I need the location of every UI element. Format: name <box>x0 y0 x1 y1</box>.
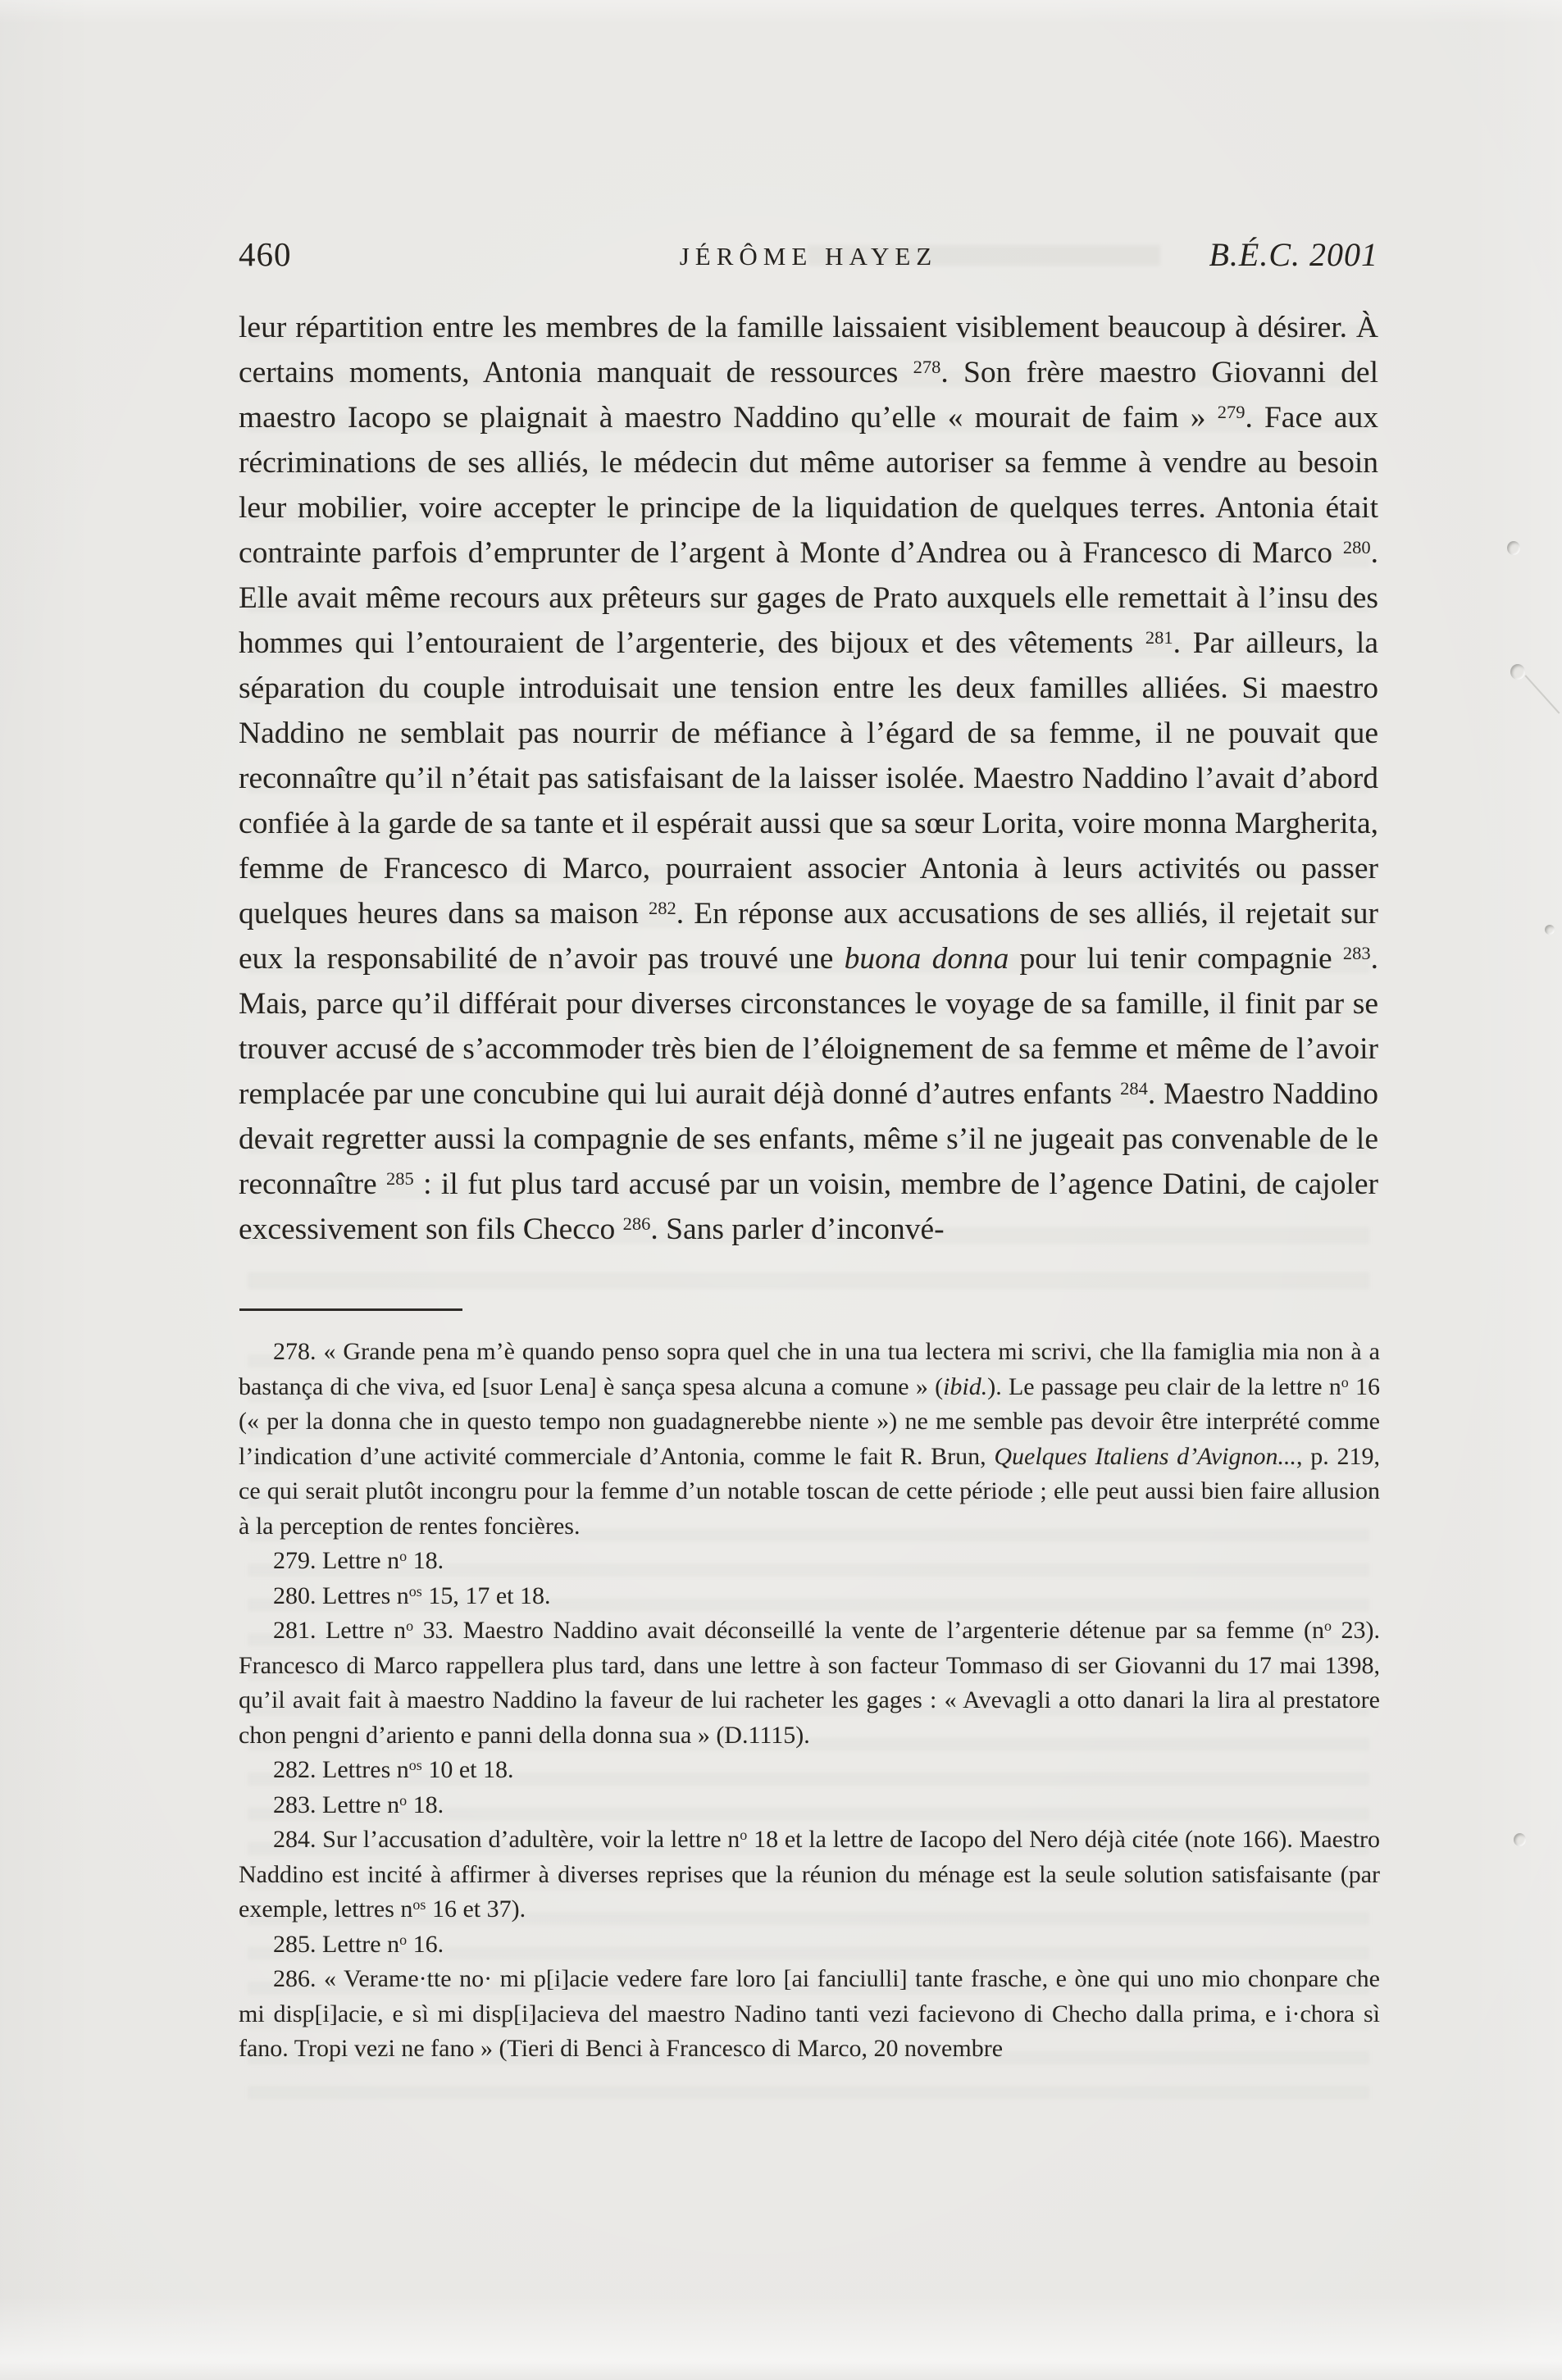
footnote-278: 278. « Grande pena m’è quando penso sopr… <box>239 1335 1380 1544</box>
paper-speck <box>1545 925 1555 935</box>
journal-reference: B.É.C. 2001 <box>1209 235 1378 274</box>
footnote-284: 284. Sur l’accusation d’adultère, voir l… <box>239 1823 1380 1927</box>
paper-crease <box>1525 675 1560 713</box>
page-number: 460 <box>239 234 292 274</box>
scanned-page: 460 JÉRÔME HAYEZ B.É.C. 2001 leur répart… <box>0 0 1562 2380</box>
footnote-separator <box>239 1308 462 1311</box>
paper-speck <box>1514 1833 1526 1846</box>
footnote-286: 286. « Verame·tte no· mi p[i]acie vedere… <box>239 1962 1380 2067</box>
main-text-block: leur répartition entre les membres de la… <box>239 305 1378 1252</box>
paper-speck <box>1507 541 1520 555</box>
running-head: 460 JÉRÔME HAYEZ B.É.C. 2001 <box>239 230 1378 275</box>
footnote-282: 282. Lettres nos 10 et 18. <box>239 1753 1380 1788</box>
footnote-279: 279. Lettre no 18. <box>239 1544 1380 1579</box>
footnote-283: 283. Lettre no 18. <box>239 1788 1380 1823</box>
footnote-281: 281. Lettre no 33. Maestro Naddino avait… <box>239 1613 1380 1753</box>
footnote-285: 285. Lettre no 16. <box>239 1927 1380 1963</box>
running-title: JÉRÔME HAYEZ <box>680 242 938 271</box>
body-paragraph: leur répartition entre les membres de la… <box>239 305 1378 1252</box>
footnotes-section: 278. « Grande pena m’è quando penso sopr… <box>239 1335 1380 2067</box>
paper-speck <box>1510 664 1525 680</box>
footnote-280: 280. Lettres nos 15, 17 et 18. <box>239 1579 1380 1614</box>
